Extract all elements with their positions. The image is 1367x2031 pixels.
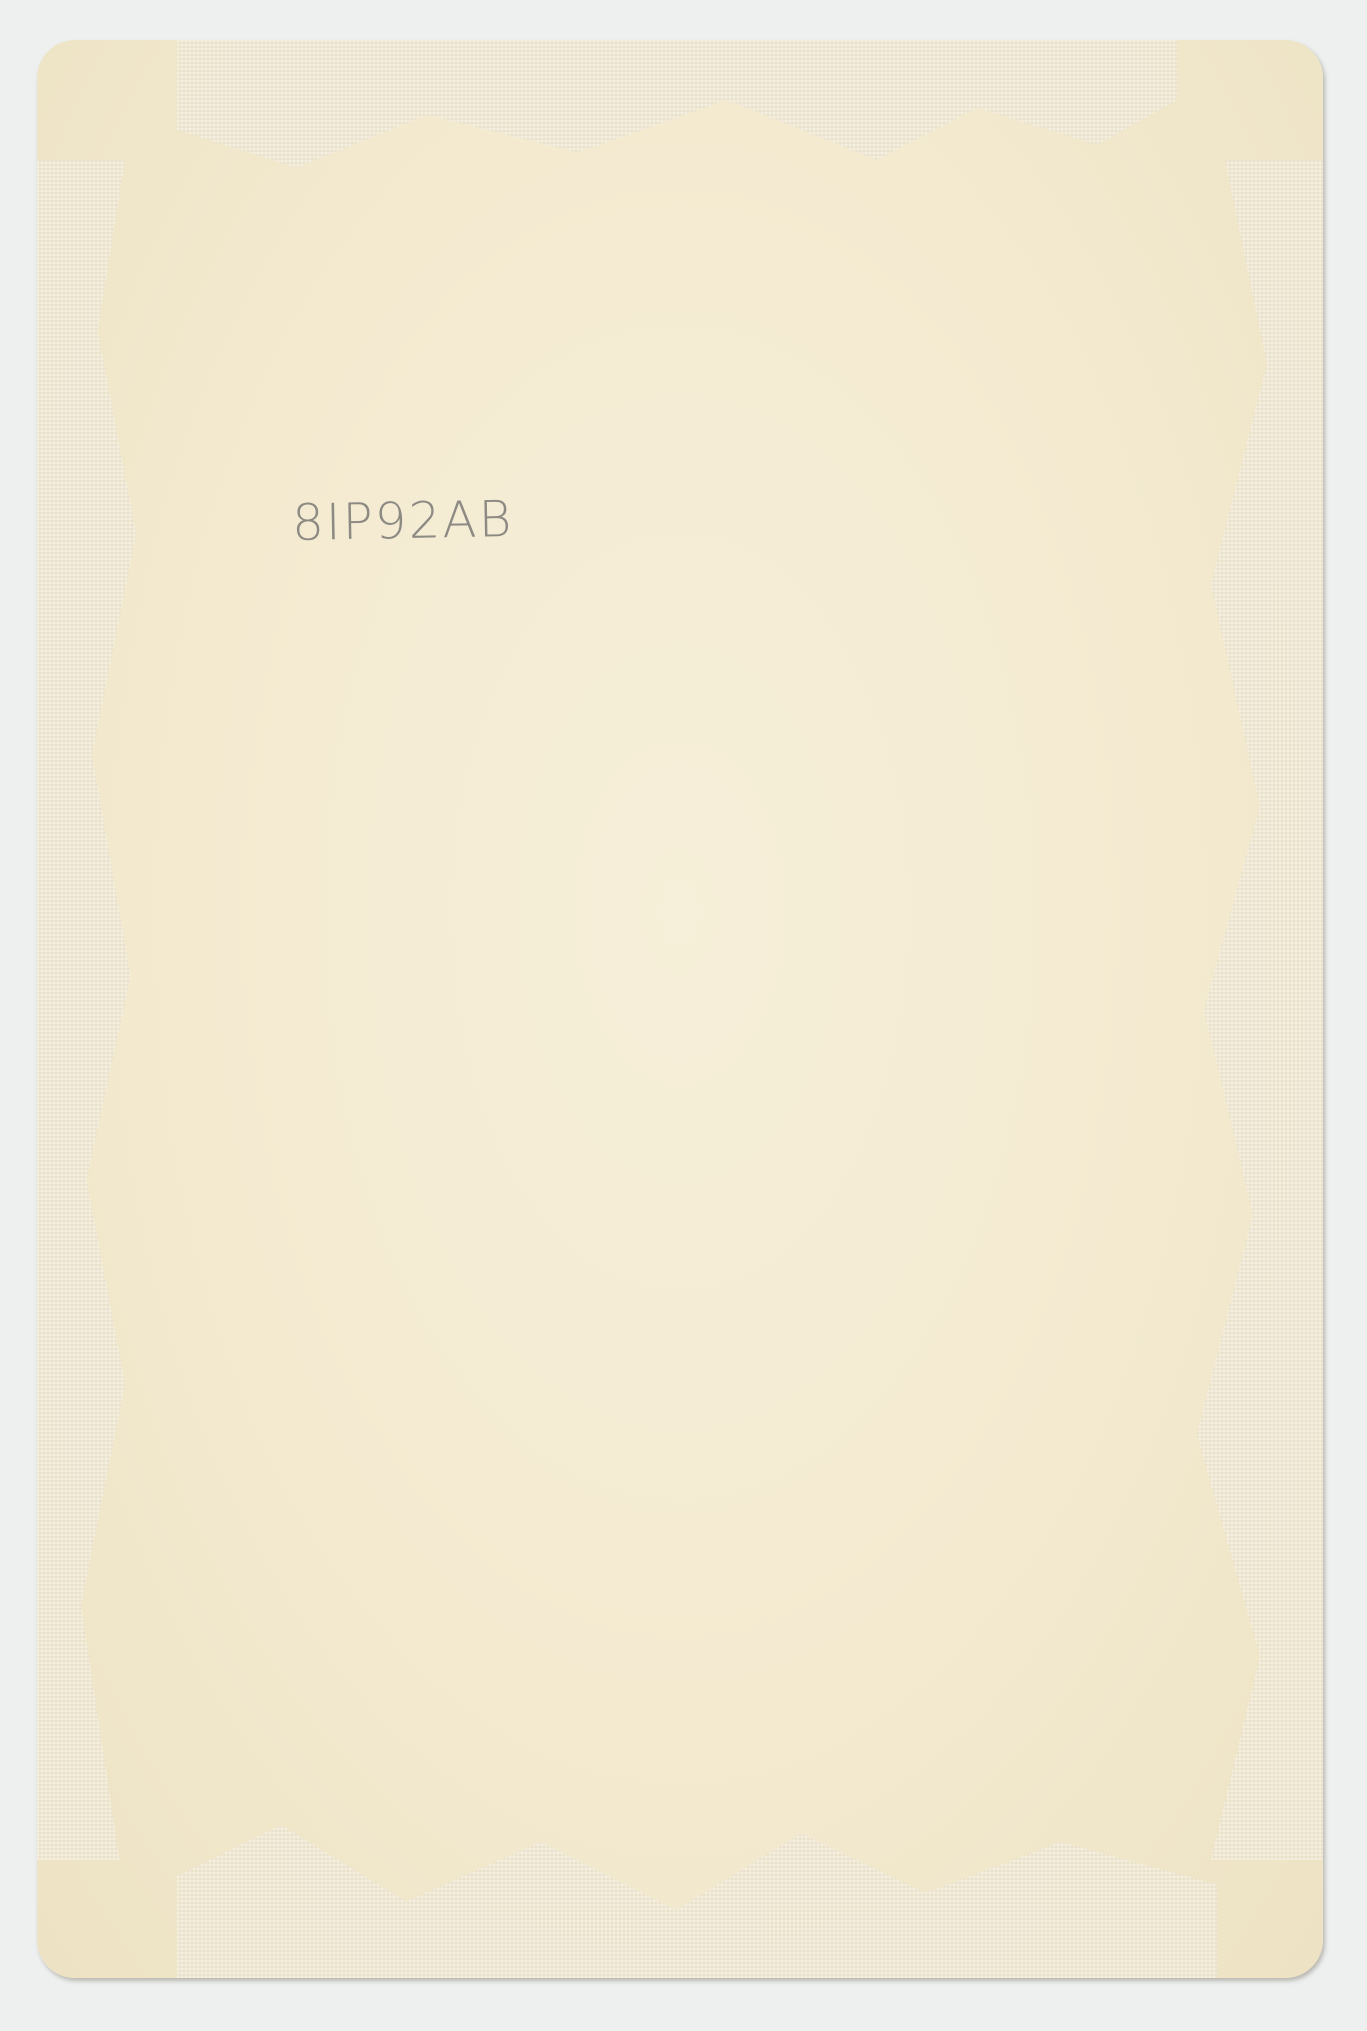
abraded-edge-bottom bbox=[177, 1808, 1217, 1978]
abraded-edge-left bbox=[37, 160, 147, 1860]
abraded-edge-right bbox=[1183, 160, 1323, 1860]
photo-card-back: 8IP92AB bbox=[37, 40, 1323, 1978]
abraded-edge-top bbox=[177, 40, 1177, 190]
pencil-inscription: 8IP92AB bbox=[292, 490, 514, 552]
